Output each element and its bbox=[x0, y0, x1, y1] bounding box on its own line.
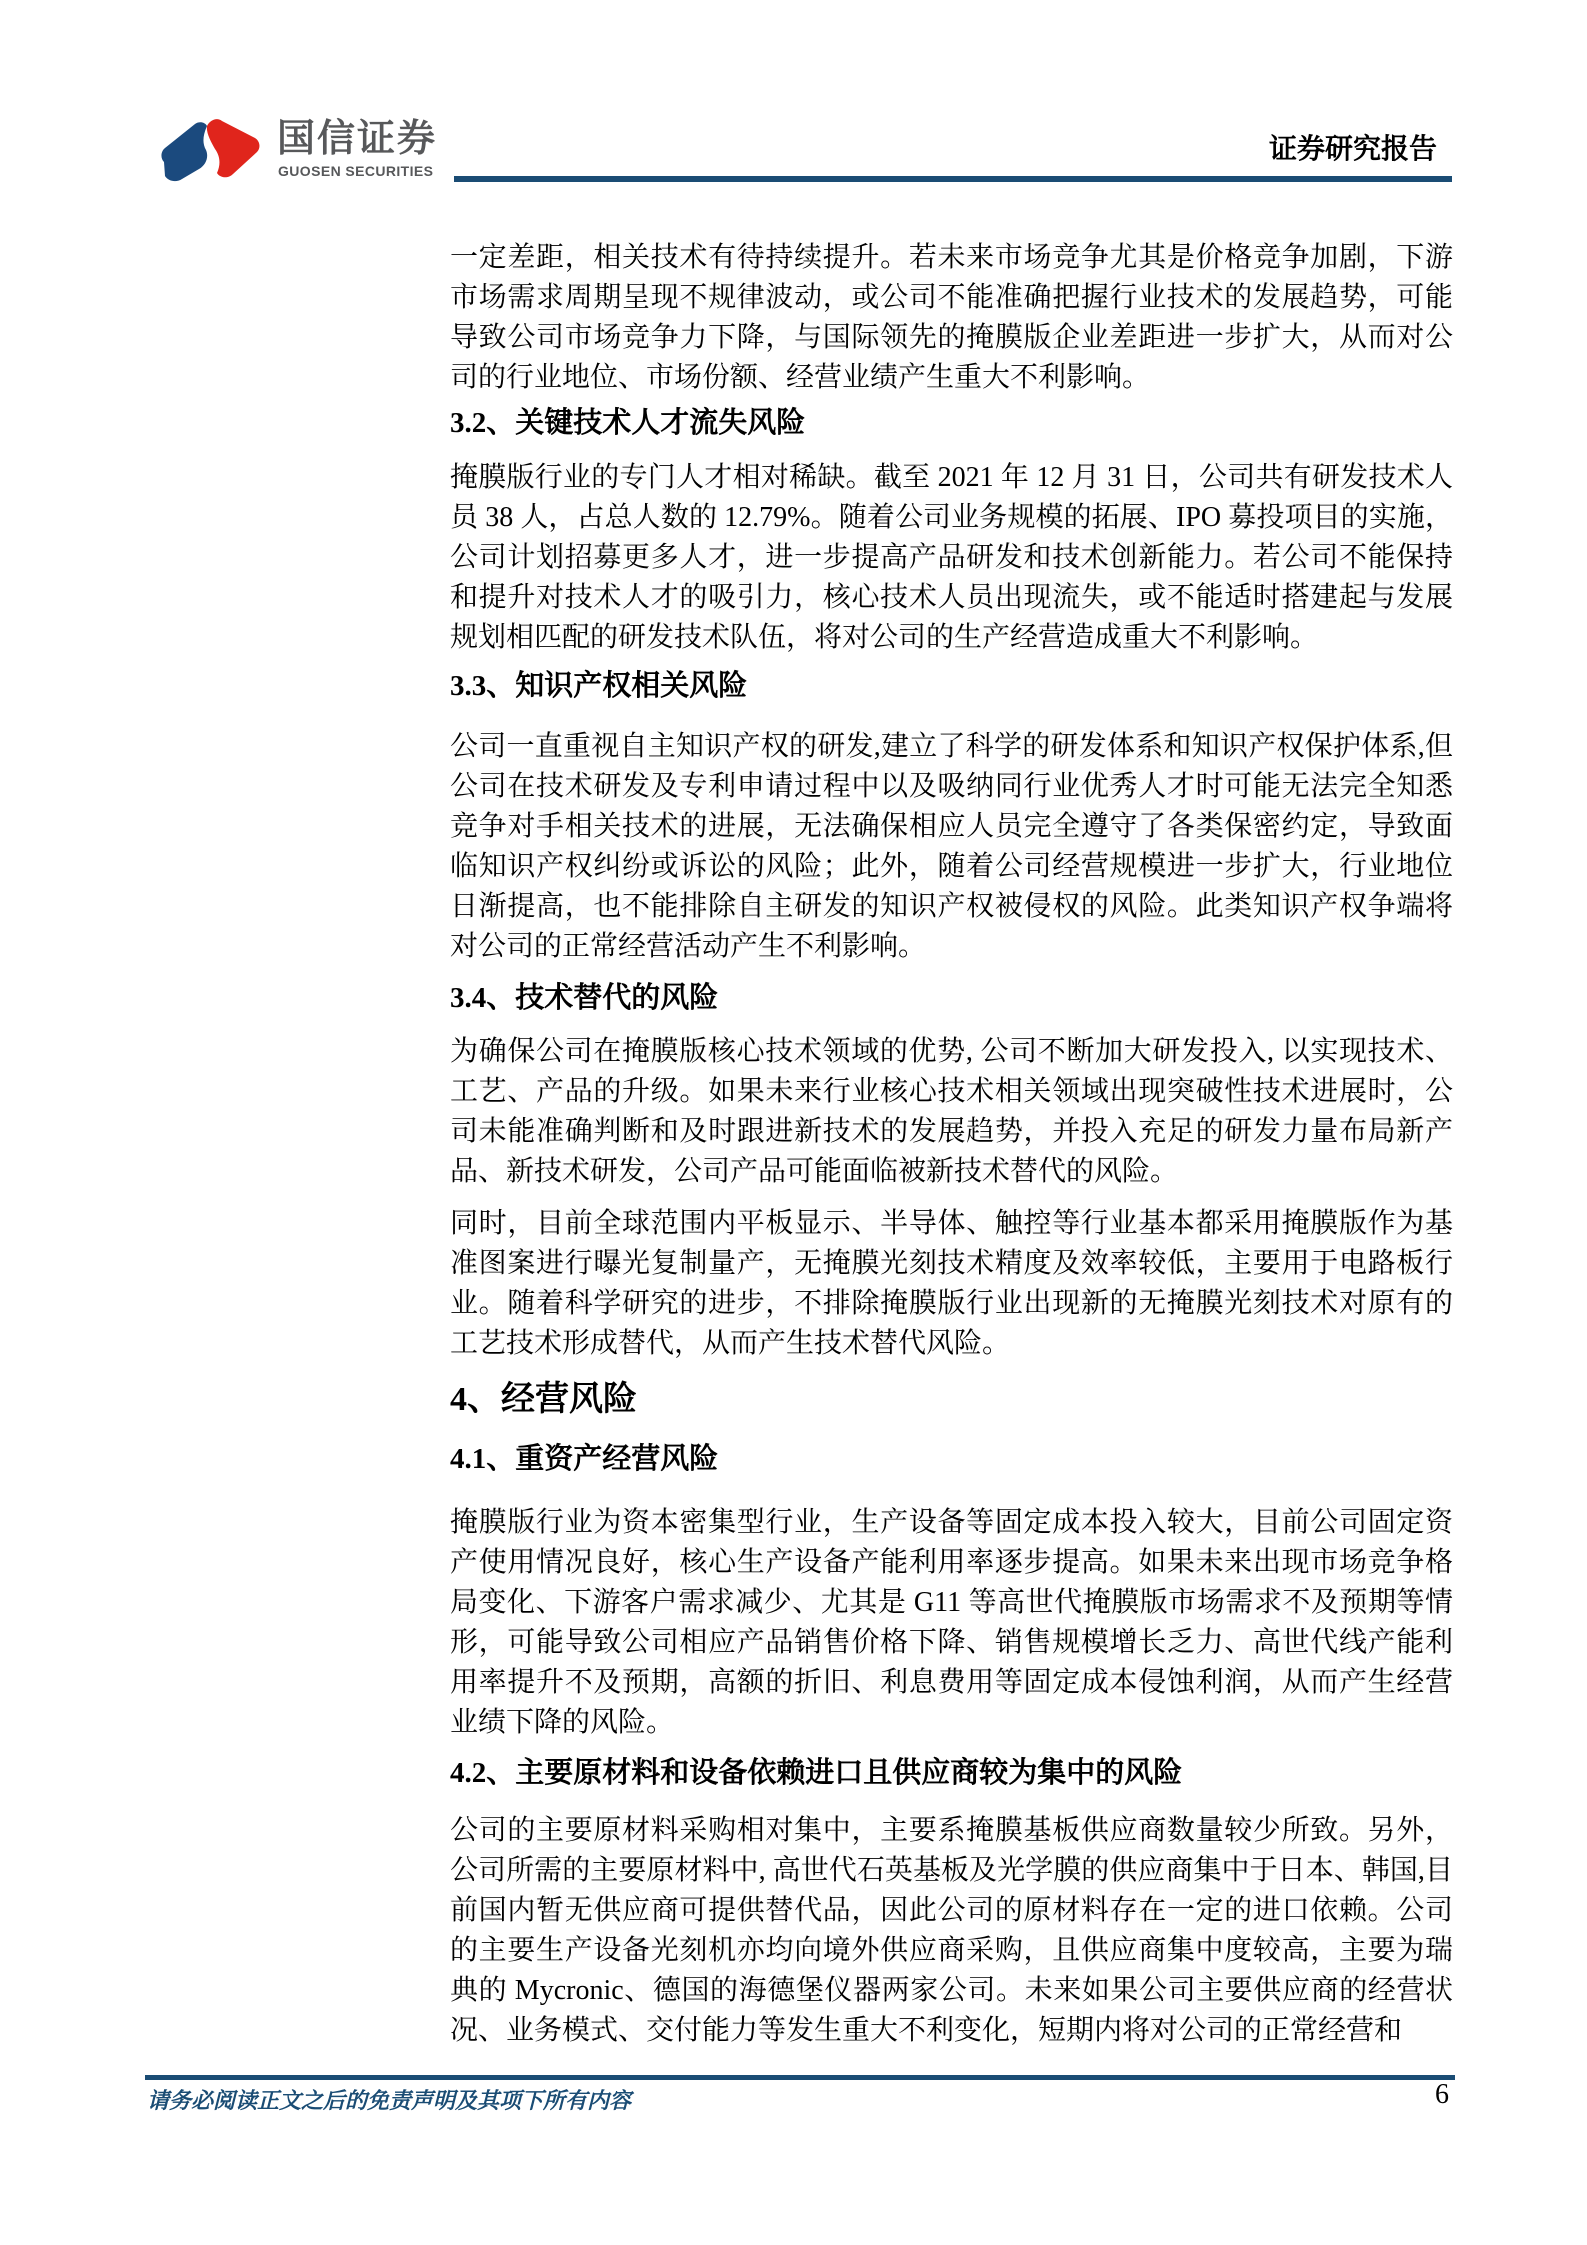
chapter-heading-4: 4、经营风险 bbox=[450, 1378, 1453, 1422]
page-number: 6 bbox=[1435, 2078, 1449, 2112]
footer-disclaimer: 请务必阅读正文之后的免责声明及其项下所有内容 bbox=[147, 2084, 631, 2115]
report-page: 国信证券 GUOSEN SECURITIES 证券研究报告 一定差距，相关技术有… bbox=[0, 0, 1587, 2245]
paragraph-risk-3-3: 公司一直重视自主知识产权的研发,建立了科学的研发体系和知识产权保护体系,但公司在… bbox=[450, 727, 1453, 967]
paragraph-risk-4-2: 公司的主要原材料采购相对集中，主要系掩膜基板供应商数量较少所致。另外，公司所需的… bbox=[450, 1811, 1453, 2051]
logo-cn-text: 国信证券 bbox=[277, 116, 437, 162]
footer-rule bbox=[145, 2075, 1455, 2080]
paragraph-risk-3-4-a: 为确保公司在掩膜版核心技术领域的优势, 公司不断加大研发投入, 以实现技术、工艺… bbox=[450, 1032, 1453, 1192]
section-heading-4-2: 4.2、主要原材料和设备依赖进口且供应商较为集中的风险 bbox=[450, 1755, 1453, 1791]
guosen-logo-icon bbox=[157, 116, 267, 184]
paragraph-risk-3-1-cont: 一定差距，相关技术有待持续提升。若未来市场竞争尤其是价格竞争加剧，下游市场需求周… bbox=[450, 238, 1453, 398]
section-heading-3-2: 3.2、关键技术人才流失风险 bbox=[450, 405, 1453, 441]
paragraph-risk-3-2: 掩膜版行业的专门人才相对稀缺。截至 2021 年 12 月 31 日，公司共有研… bbox=[450, 458, 1453, 658]
section-heading-3-4: 3.4、技术替代的风险 bbox=[450, 980, 1453, 1016]
paragraph-risk-4-1: 掩膜版行业为资本密集型行业，生产设备等固定成本投入较大，目前公司固定资产使用情况… bbox=[450, 1503, 1453, 1743]
report-body: 一定差距，相关技术有待持续提升。若未来市场竞争尤其是价格竞争加剧，下游市场需求周… bbox=[450, 238, 1453, 2051]
section-heading-3-3: 3.3、知识产权相关风险 bbox=[450, 668, 1453, 704]
report-type-label: 证券研究报告 bbox=[1269, 127, 1437, 167]
section-heading-4-1: 4.1、重资产经营风险 bbox=[450, 1441, 1453, 1477]
paragraph-risk-3-4-b: 同时，目前全球范围内平板显示、半导体、触控等行业基本都采用掩膜版作为基准图案进行… bbox=[450, 1204, 1453, 1364]
logo-en-text: GUOSEN SECURITIES bbox=[278, 163, 433, 179]
header-rule bbox=[454, 176, 1452, 182]
